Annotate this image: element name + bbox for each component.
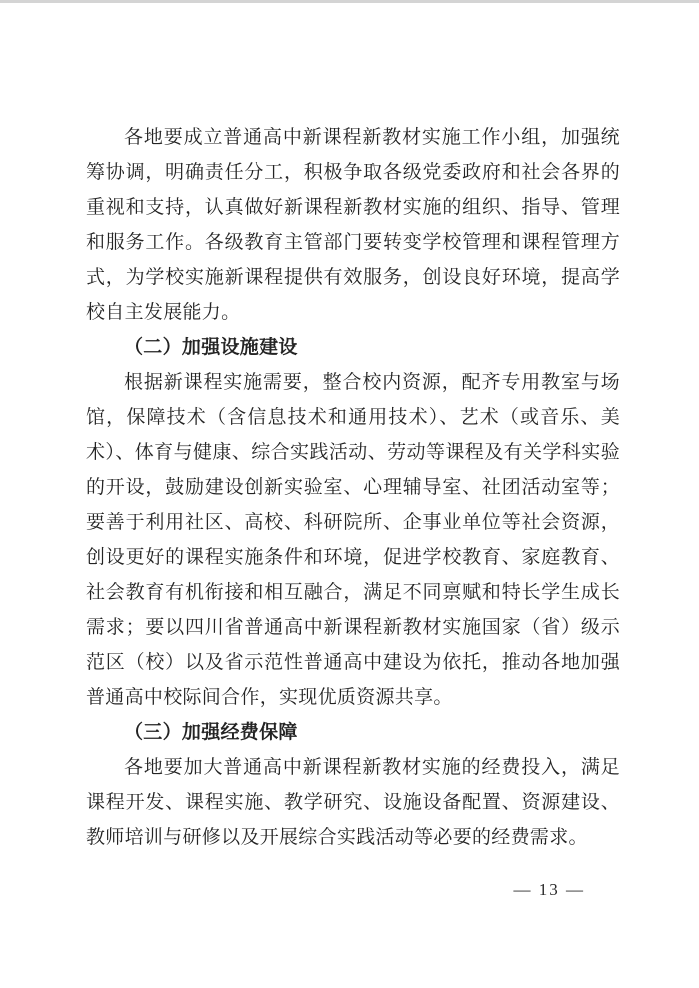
body-paragraph: 各地要加大普通高中新课程新教材实施的经费投入，满足课程开发、课程实施、教学研究、… (86, 750, 620, 855)
section-heading-3: （三）加强经费保障 (86, 715, 620, 750)
page-number: — 13 — (514, 880, 586, 900)
section-heading-2: （二）加强设施建设 (86, 330, 620, 365)
body-paragraph: 根据新课程实施需要，整合校内资源，配齐专用教室与场馆，保障技术（含信息技术和通用… (86, 365, 620, 715)
body-paragraph: 各地要成立普通高中新课程新教材实施工作小组，加强统筹协调，明确责任分工，积极争取… (86, 120, 620, 330)
scan-edge-artifact (0, 0, 699, 3)
document-content: 各地要成立普通高中新课程新教材实施工作小组，加强统筹协调，明确责任分工，积极争取… (86, 120, 620, 855)
document-page: 各地要成立普通高中新课程新教材实施工作小组，加强统筹协调，明确责任分工，积极争取… (0, 0, 699, 988)
